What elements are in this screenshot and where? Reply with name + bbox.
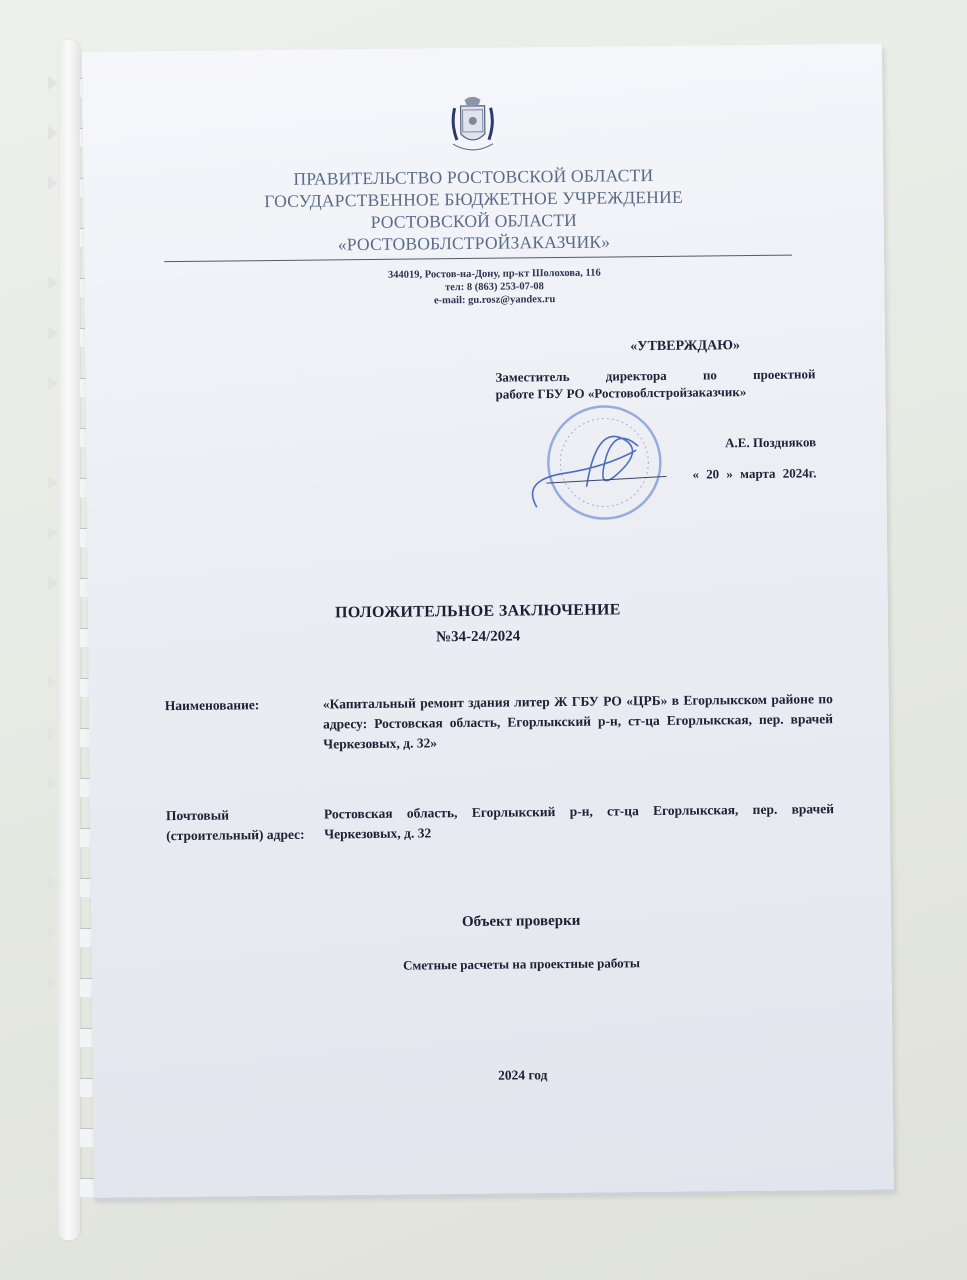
field-label: Почтовый (строительный) адрес: <box>166 805 306 846</box>
contact-block: 344019, Ростов-на-Дону, пр-кт Шолохова, … <box>284 265 704 308</box>
approver-position: Заместитель директора по проектной <box>495 365 815 385</box>
approval-heading: «УТВЕРЖДАЮ» <box>555 336 815 356</box>
binding-notch <box>48 526 58 540</box>
document-number: №34-24/2024 <box>288 627 668 648</box>
org-line: «РОСТОВОБЛСТРОЙЗАКАЗЧИК» <box>244 229 704 256</box>
field-label: Наименование: <box>165 695 305 716</box>
coat-of-arms-icon <box>444 94 501 157</box>
binding-notch <box>48 776 58 790</box>
binding-notch <box>48 176 58 190</box>
plastic-comb-binding <box>58 40 80 1240</box>
field-name: Наименование: «Капитальный ремонт здания… <box>165 689 845 696</box>
field-postal-address: Почтовый (строительный) адрес: Ростовска… <box>166 799 846 806</box>
inspection-object-value: Сметные расчеты на проектные работы <box>342 955 702 975</box>
binding-notch <box>48 976 58 990</box>
approval-block: «УТВЕРЖДАЮ» Заместитель директора по про… <box>495 336 817 484</box>
binding-notch <box>48 76 58 90</box>
approver-organization: работе ГБУ РО «Ростовоблстройзаказчик» <box>496 382 816 402</box>
binding-notch <box>48 1176 58 1190</box>
binding-notch <box>48 476 58 490</box>
document-title: ПОЛОЖИТЕЛЬНОЕ ЗАКЛЮЧЕНИЕ <box>288 601 668 623</box>
field-value: Ростовская область, Егорлыкский р-н, ст-… <box>324 799 834 844</box>
binding-notch <box>48 1076 58 1090</box>
approver-name: А.Е. Поздняков <box>496 433 816 453</box>
binding-notch <box>48 576 58 590</box>
organization-header: ПРАВИТЕЛЬСТВО РОСТОВСКОЙ ОБЛАСТИ ГОСУДАР… <box>243 164 704 257</box>
document-year: 2024 год <box>423 1066 623 1084</box>
document-page: ПРАВИТЕЛЬСТВО РОСТОВСКОЙ ОБЛАСТИ ГОСУДАР… <box>82 44 894 1198</box>
binding-notch <box>48 676 58 690</box>
binding-notch <box>48 726 58 740</box>
document-title-block: ПОЛОЖИТЕЛЬНОЕ ЗАКЛЮЧЕНИЕ №34-24/2024 <box>288 601 668 648</box>
binding-notch <box>48 376 58 390</box>
binding-notch <box>48 926 58 940</box>
inspection-object-heading: Объект проверки <box>341 912 701 933</box>
binding-notch <box>48 326 58 340</box>
binding-notch <box>48 1126 58 1140</box>
binding-notch <box>48 126 58 140</box>
inspection-object-block: Объект проверки Сметные расчеты на проек… <box>341 912 702 975</box>
field-value: «Капитальный ремонт здания литер Ж ГБУ Р… <box>323 689 834 754</box>
approval-date: « 20 » марта 2024г. <box>496 464 816 484</box>
binding-notch <box>48 876 58 890</box>
binding-notch <box>48 276 58 290</box>
